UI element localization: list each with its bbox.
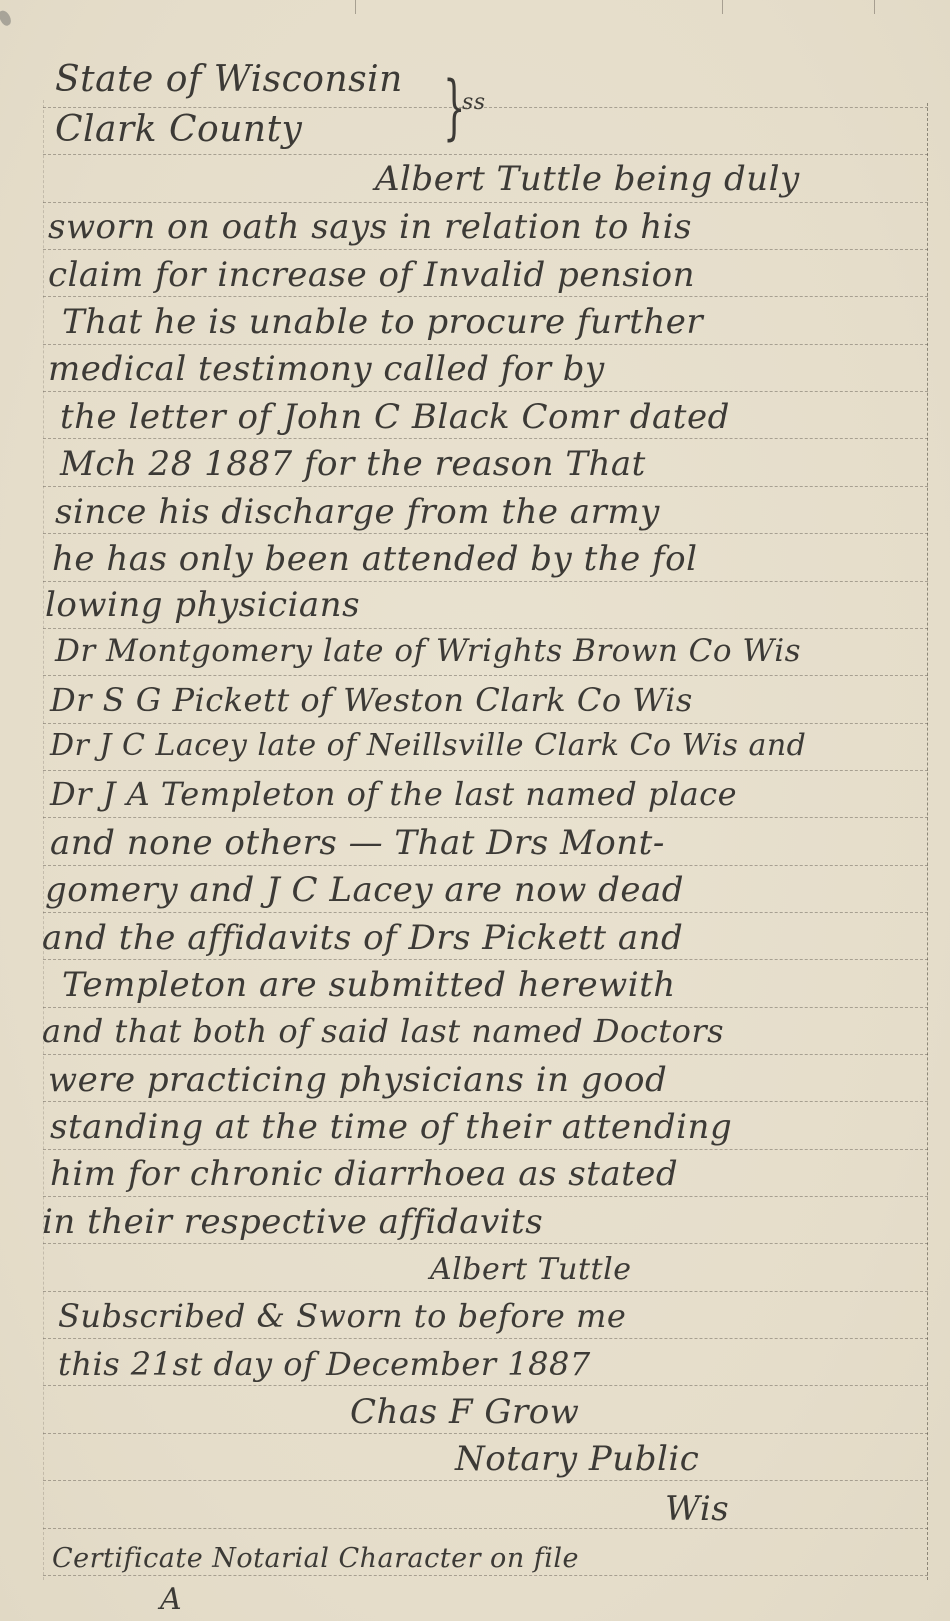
ruled-line: [43, 486, 928, 487]
body-line: him for chronic diarrhoea as stated: [50, 1157, 678, 1191]
ruled-line: [43, 581, 928, 582]
ruled-line: [43, 959, 928, 960]
body-line: medical testimony called for by: [48, 352, 605, 386]
left-margin-line: [43, 100, 44, 1580]
ruled-line: [43, 296, 928, 297]
ruled-line: [43, 391, 928, 392]
ruled-line: [43, 202, 928, 203]
ruled-line: [43, 249, 928, 250]
ruled-line: [43, 1291, 928, 1292]
body-line: standing at the time of their attending: [50, 1110, 732, 1144]
notary-title: Notary Public: [455, 1442, 699, 1476]
ruled-line: [43, 770, 928, 771]
ruled-line: [43, 723, 928, 724]
ruled-line: [43, 1528, 928, 1529]
ruled-line: [43, 1149, 928, 1150]
caption-county: Clark County: [55, 112, 302, 148]
body-line: and that both of said last named Doctors: [42, 1015, 724, 1047]
caption-ss: ss: [462, 92, 486, 114]
ruled-line: [43, 628, 928, 629]
ruled-line: [43, 1054, 928, 1055]
body-line: in their respective affidavits: [42, 1205, 543, 1239]
top-fold-tick: [722, 0, 723, 14]
body-line-physician: Dr J C Lacey late of Neillsville Clark C…: [50, 731, 806, 761]
body-line: the letter of John C Black Comr dated: [60, 400, 730, 434]
body-line: gomery and J C Lacey are now dead: [45, 873, 684, 907]
ruled-line: [43, 438, 928, 439]
ruled-line: [43, 1101, 928, 1102]
body-line: since his discharge from the army: [55, 495, 660, 529]
body-line: lowing physicians: [45, 588, 360, 622]
ruled-line: [43, 344, 928, 345]
document-page: State of Wisconsin Clark County } ss Alb…: [0, 0, 950, 1621]
notary-state: Wis: [665, 1492, 729, 1526]
ruled-line: [43, 1385, 928, 1386]
ruled-line: [43, 675, 928, 676]
top-fold-tick: [874, 0, 875, 14]
jurat-line-2: this 21st day of December 1887: [58, 1348, 591, 1380]
ruled-line: [43, 1433, 928, 1434]
body-line: claim for increase of Invalid pension: [48, 258, 695, 292]
ruled-line: [43, 1007, 928, 1008]
body-line-physician: Dr J A Templeton of the last named place: [50, 778, 737, 810]
ruled-line: [43, 817, 928, 818]
notary-name: Chas F Grow: [350, 1395, 579, 1429]
body-line: were practicing physicians in good: [48, 1063, 667, 1097]
caption-state: State of Wisconsin: [55, 62, 403, 98]
affiant-signature: Albert Tuttle: [430, 1255, 631, 1285]
body-line: he has only been attended by the fol: [52, 542, 698, 576]
body-line-physician: Dr Montgomery late of Wrights Brown Co W…: [55, 636, 801, 667]
ruled-line: [43, 865, 928, 866]
body-line: and the affidavits of Drs Pickett and: [42, 921, 683, 955]
jurat-line-1: Subscribed & Sworn to before me: [58, 1300, 626, 1332]
ruled-line: [43, 533, 928, 534]
body-line-physician: Dr S G Pickett of Weston Clark Co Wis: [50, 684, 693, 716]
body-line: Albert Tuttle being duly: [375, 162, 800, 196]
body-line: sworn on oath says in relation to his: [48, 210, 692, 244]
top-fold-tick: [355, 0, 356, 14]
ruled-line: [43, 1196, 928, 1197]
body-line: and none others — That Drs Mont-: [50, 826, 665, 860]
footnote-mark: A: [160, 1585, 182, 1615]
ruled-line: [43, 1338, 928, 1339]
body-line: That he is unable to procure further: [62, 305, 703, 339]
ruled-line: [43, 1243, 928, 1244]
right-margin-line: [927, 103, 928, 1580]
ruled-line: [43, 1575, 928, 1576]
ruled-line: [43, 154, 928, 155]
footnote-certificate: Certificate Notarial Character on file: [52, 1545, 579, 1572]
paper-smudge: [0, 9, 13, 28]
ruled-line: [43, 1480, 928, 1481]
ruled-line: [43, 912, 928, 913]
body-line: Templeton are submitted herewith: [62, 968, 676, 1002]
body-line: Mch 28 1887 for the reason That: [60, 447, 646, 481]
